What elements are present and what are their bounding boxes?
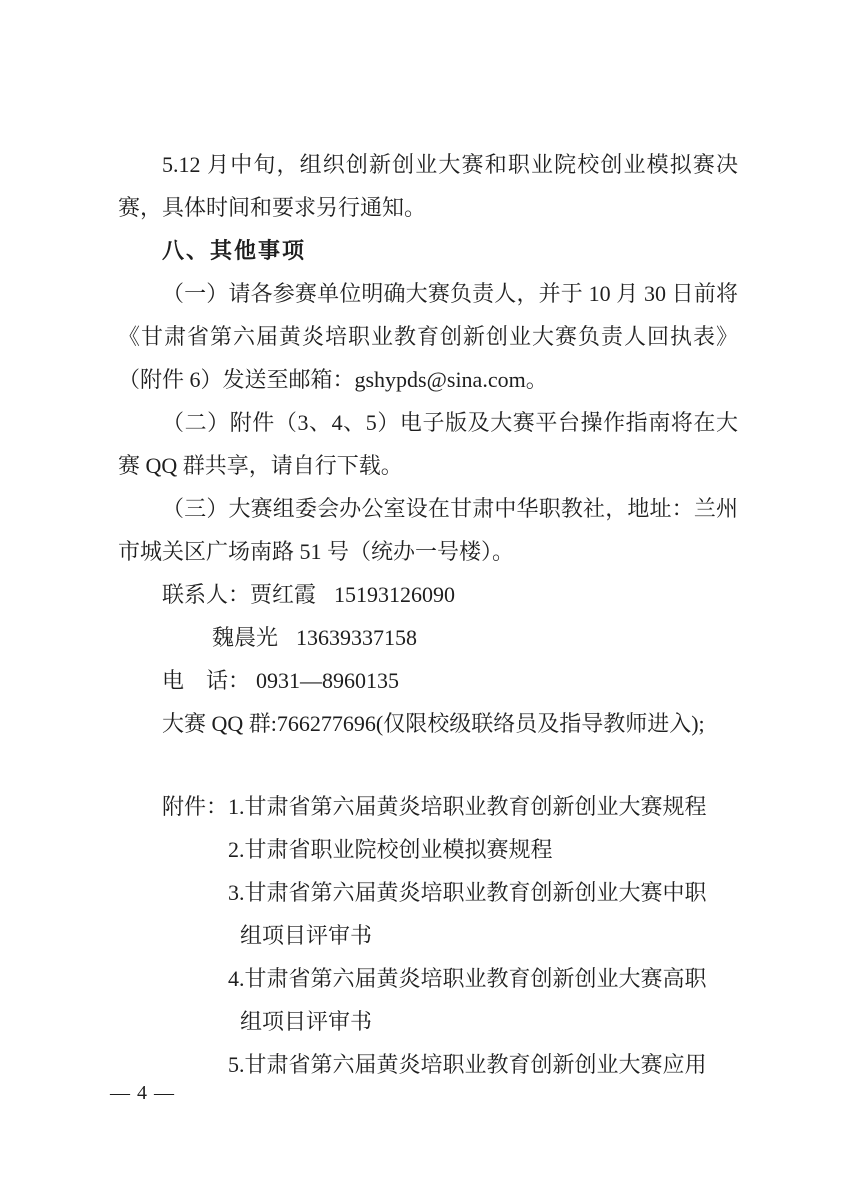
paragraph-item-1: （一）请各参赛单位明确大赛负责人，并于 10 月 30 日前将《甘肃省第六届黄炎… xyxy=(118,272,738,401)
telephone-label: 电 话： xyxy=(162,668,250,693)
attachments-section: 附件： 1.甘肃省第六届黄炎培职业教育创新创业大赛规程 2.甘肃省职业院校创业模… xyxy=(162,785,738,1086)
attachment-item-3: 3.甘肃省第六届黄炎培职业教育创新创业大赛中职 组项目评审书 xyxy=(228,871,738,957)
section-heading-other-matters: 八、其他事项 xyxy=(118,229,738,272)
page-number: — 4 — xyxy=(110,1082,175,1105)
contact-person2-name: 魏晨光 xyxy=(212,625,278,650)
document-page: 5.12 月中旬，组织创新创业大赛和职业院校创业模拟赛决赛，具体时间和要求另行通… xyxy=(0,0,848,1200)
attachment-item-1: 1.甘肃省第六届黄炎培职业教育创新创业大赛规程 xyxy=(228,785,738,828)
paragraph-schedule: 5.12 月中旬，组织创新创业大赛和职业院校创业模拟赛决赛，具体时间和要求另行通… xyxy=(118,143,738,229)
attachments-label: 附件： xyxy=(162,785,228,1086)
attachment-item-5: 5.甘肃省第六届黄炎培职业教育创新创业大赛应用 xyxy=(228,1043,738,1086)
attachment-item-4: 4.甘肃省第六届黄炎培职业教育创新创业大赛高职 组项目评审书 xyxy=(228,957,738,1043)
contact-line-telephone: 电 话：0931—8960135 xyxy=(162,659,738,702)
contact-person1-name: 贾红霞 xyxy=(250,582,316,607)
attachments-list: 1.甘肃省第六届黄炎培职业教育创新创业大赛规程 2.甘肃省职业院校创业模拟赛规程… xyxy=(228,785,738,1086)
contact-person1-phone: 15193126090 xyxy=(334,582,455,607)
document-body: 5.12 月中旬，组织创新创业大赛和职业院校创业模拟赛决赛，具体时间和要求另行通… xyxy=(118,143,738,1086)
attachment-item-2: 2.甘肃省职业院校创业模拟赛规程 xyxy=(228,828,738,871)
telephone-number: 0931—8960135 xyxy=(256,668,399,693)
contact-label: 联系人： xyxy=(162,582,250,607)
contact-person2-phone: 13639337158 xyxy=(296,625,417,650)
paragraph-item-2: （二）附件（3、4、5）电子版及大赛平台操作指南将在大赛 QQ 群共享，请自行下… xyxy=(118,401,738,487)
paragraph-item-3: （三）大赛组委会办公室设在甘肃中华职教社，地址：兰州市城关区广场南路 51 号（… xyxy=(118,487,738,573)
contact-line-qq-group: 大赛 QQ 群:766277696(仅限校级联络员及指导教师进入); xyxy=(162,702,738,745)
contact-line-person1: 联系人：贾红霞15193126090 xyxy=(162,573,738,616)
contact-line-person2: 魏晨光13639337158 xyxy=(212,616,738,659)
